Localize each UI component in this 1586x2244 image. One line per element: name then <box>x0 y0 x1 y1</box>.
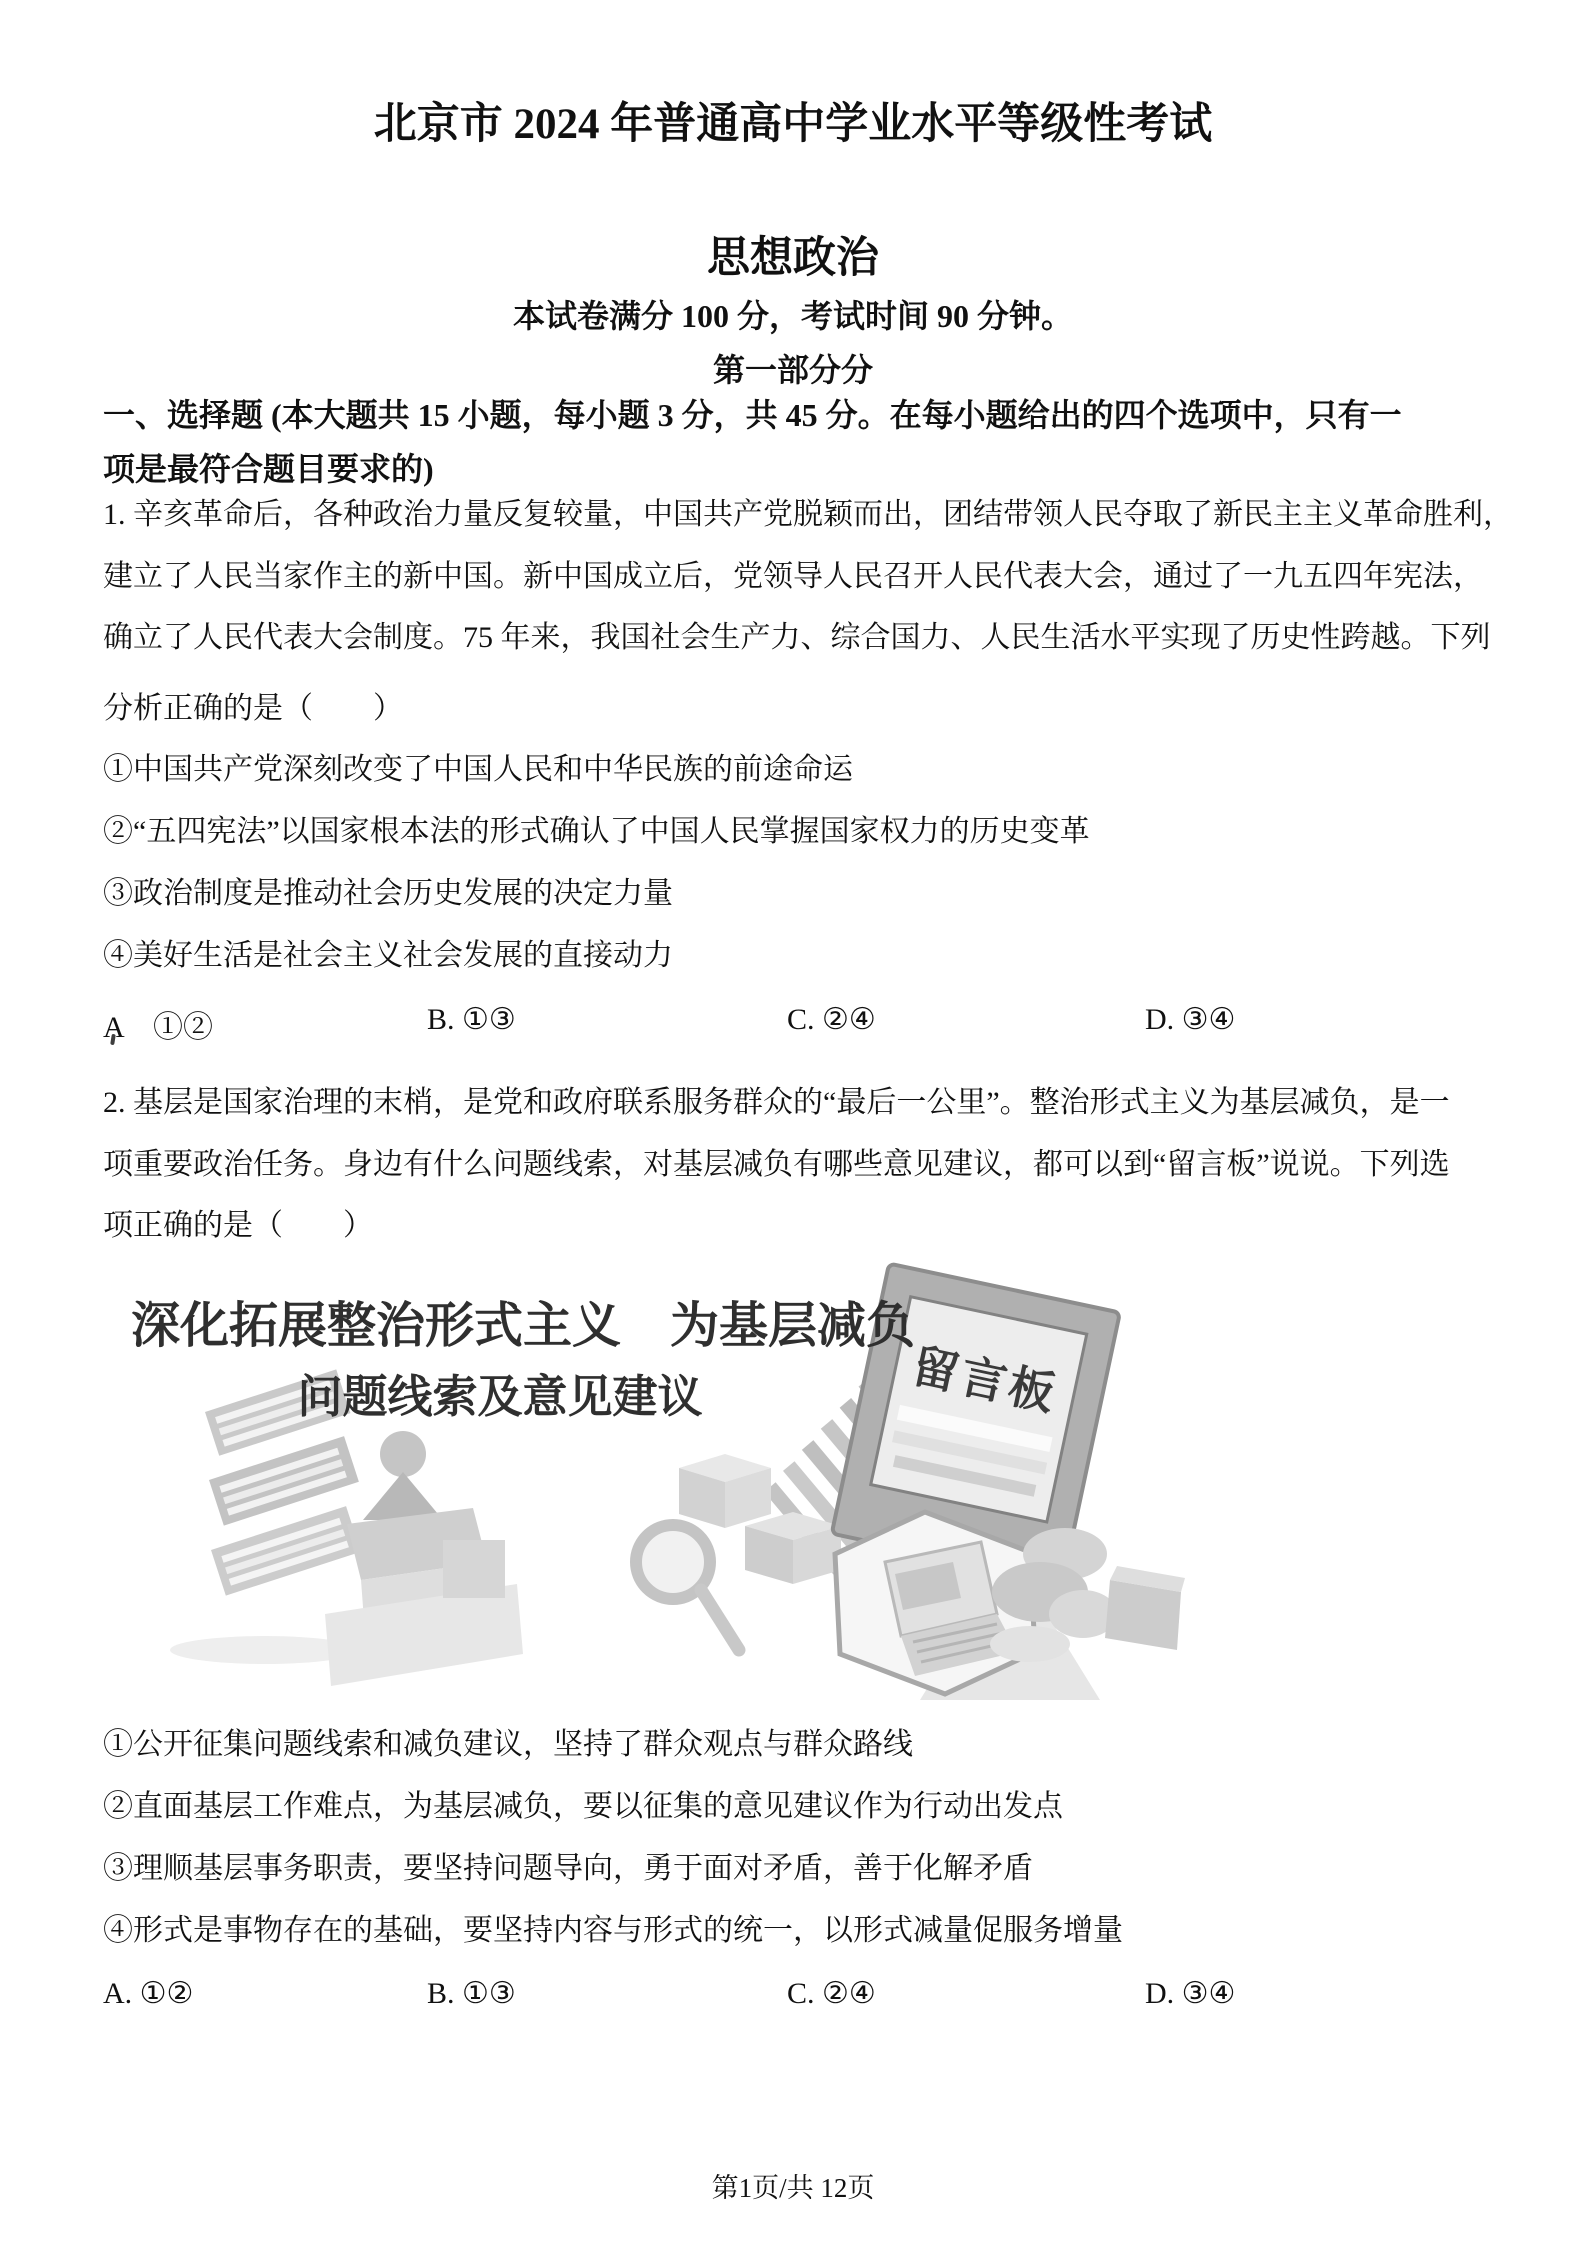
q2-choice-3: ③理顺基层事务职责，要坚持问题导向，勇于面对矛盾，善于化解矛盾 <box>103 1852 1033 1887</box>
q2-choice-2: ②直面基层工作难点，为基层减负，要以征集的意见建议作为行动出发点 <box>103 1790 1063 1825</box>
q1-option-c: C. ②④ <box>787 1002 876 1037</box>
q2-option-c: C. ②④ <box>787 1976 876 2011</box>
exam-paper-page: 北京市 2024 年普通高中学业水平等级性考试 思想政治 本试卷满分 100 分… <box>0 0 1586 2244</box>
q2-option-d: D. ③④ <box>1145 1976 1235 2011</box>
message-board-clipart: 留言板 <box>125 1262 1365 1702</box>
q2-line-3: 项正确的是（ ） <box>103 1209 373 1244</box>
section-heading-line-2: 项是最符合题目要求的) <box>103 451 434 488</box>
magnifier-icon <box>636 1525 739 1650</box>
q1-choice-1: ①中国共产党深刻改变了中国人民和中华民族的前途命运 <box>103 753 853 788</box>
q1-option-b: B. ①③ <box>427 1002 516 1037</box>
q2-illustration: 留言板 <box>125 1262 1365 1702</box>
q1-choice-3: ③政治制度是推动社会历史发展的决定力量 <box>103 877 673 912</box>
q1-option-d: D. ③④ <box>1145 1002 1235 1037</box>
page-footer: 第1页/共 12页 <box>0 2166 1586 2205</box>
q2-option-b: B. ①③ <box>427 1976 516 2011</box>
q2-line-2: 项重要政治任务。身边有什么问题线索，对基层减负有哪些意见建议，都可以到“留言板”… <box>103 1148 1450 1183</box>
section-heading-line-1: 一、选择题 (本大题共 15 小题，每小题 3 分，共 45 分。在每小题给出的… <box>103 397 1402 434</box>
exam-info: 本试卷满分 100 分，考试时间 90 分钟。 <box>0 291 1586 337</box>
q1-line-1: 1. 辛亥革命后，各种政治力量反复较量，中国共产党脱颖而出，团结带领人民夺取了新… <box>103 498 1513 533</box>
q1-line-4: 分析正确的是（ ） <box>103 692 403 727</box>
q2-options-row: A. ①② B. ①③ C. ②④ D. ③④ <box>103 1976 1503 2016</box>
q1-option-a: A ①② <box>103 1002 213 1046</box>
q1-choice-2: ②“五四宪法”以国家根本法的形式确认了中国人民掌握国家权力的历史变革 <box>103 815 1090 850</box>
q1-options-row: A ①② B. ①③ C. ②④ D. ③④ <box>103 1002 1503 1042</box>
q1-line-3: 确立了人民代表大会制度。75 年来，我国社会生产力、综合国力、人民生活水平实现了… <box>103 621 1491 656</box>
q1-choice-4: ④美好生活是社会主义社会发展的直接动力 <box>103 939 673 974</box>
illustration-headline-line-1: 深化拓展整治形式主义 为基层减负 <box>131 1298 915 1353</box>
illustration-headline-line-2: 问题线索及意见建议 <box>297 1372 702 1422</box>
part-heading: 第一部分分 <box>0 345 1586 391</box>
exam-subject: 思想政治 <box>0 224 1586 285</box>
q1-line-2: 建立了人民当家作主的新中国。新中国成立后，党领导人民召开人民代表大会，通过了一九… <box>103 560 1483 595</box>
q2-option-a: A. ①② <box>103 1976 193 2011</box>
q2-line-1: 2. 基层是国家治理的末梢，是党和政府联系服务群众的“最后一公里”。整治形式主义… <box>103 1086 1450 1121</box>
q2-choice-1: ①公开征集问题线索和减负建议，坚持了群众观点与群众路线 <box>103 1728 913 1763</box>
page-title: 北京市 2024 年普通高中学业水平等级性考试 <box>0 90 1586 151</box>
q2-choice-4: ④形式是事物存在的基础，要坚持内容与形式的统一，以形式减量促服务增量 <box>103 1914 1123 1949</box>
